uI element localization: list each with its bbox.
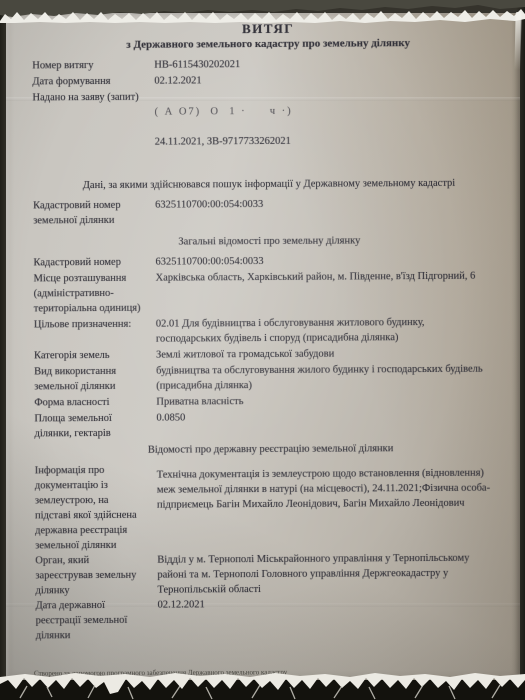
field-label: Інформація про документацію із землеустр… xyxy=(35,463,158,554)
field-value: Відділ у м. Тернополі Міськрайонного упр… xyxy=(157,551,507,598)
field-label: Надано на заяву (запит) xyxy=(32,90,154,166)
field-label: Дата державної реєстрації земельної діля… xyxy=(36,598,158,644)
field-label: Площа земельної ділянки, гектарів xyxy=(34,411,156,442)
field-row-purpose: Цільове призначення: 02.01 Для будівницт… xyxy=(34,315,506,348)
torn-paper-edge-right xyxy=(514,12,521,70)
field-label: Орган, який зареєстрував земельну ділянк… xyxy=(35,553,157,599)
field-value: Технічна документація із землеустрою щод… xyxy=(157,461,508,553)
field-value: будівництва та обслуговування жилого буд… xyxy=(156,362,506,394)
field-label: Форма власності xyxy=(34,395,156,411)
field-value: НВ-6115430202021 xyxy=(154,56,504,73)
field-row-documentation-info: Інформація про документацію із землеустр… xyxy=(35,461,508,554)
section-header-search-data: Дані, за якими здійснювався пошук інформ… xyxy=(33,176,505,194)
field-value: 6325110700:00:054:0033 xyxy=(155,196,505,228)
torn-paper-edge-top xyxy=(0,0,525,26)
field-value: Приватна власність xyxy=(156,393,506,410)
field-row-request: Надано на заяву (запит) ( А О7) О 1 · ч … xyxy=(32,88,504,166)
field-label: Місце розташування (адміністративно- тер… xyxy=(34,271,156,317)
field-label: Цільове призначення: xyxy=(34,317,156,348)
field-row-registration-date: Дата державної реєстрації земельної діля… xyxy=(36,596,508,644)
document-photo: ВИТЯГ з Державного земельного кадастру п… xyxy=(0,0,525,700)
field-value: ( А О7) О 1 · ч ·) 24.11.2021, ЗВ-971773… xyxy=(154,88,504,165)
field-value: 02.12.2021 xyxy=(158,596,508,643)
field-row-land-category: Категорія земель Землі житлової та грома… xyxy=(34,346,506,364)
header-fields: Номер витягу НВ-6115430202021 Дата форму… xyxy=(32,56,505,166)
torn-paper-edge-bottom xyxy=(0,664,525,700)
field-row-registering-authority: Орган, який зареєстрував земельну ділянк… xyxy=(35,551,507,599)
field-value-line: 24.11.2021, ЗВ-9717733262021 xyxy=(155,133,505,150)
document-page: ВИТЯГ з Державного земельного кадастру п… xyxy=(6,13,520,684)
field-row-ownership-form: Форма власності Приватна власність xyxy=(34,393,506,411)
field-label: Дата формування xyxy=(32,74,154,90)
handwritten-request-marks: ( А О7) О 1 · ч ·) xyxy=(155,103,505,120)
field-row-cadastral-number: Кадастровий номер 6325110700:00:054:0033 xyxy=(33,253,505,271)
page-content: ВИТЯГ з Державного земельного кадастру п… xyxy=(4,11,522,685)
field-label: Кадастровий номер земельної ділянки xyxy=(33,198,155,229)
field-label: Кадастровий номер xyxy=(33,255,155,271)
document-subtitle: з Державного земельного кадастру про зем… xyxy=(32,36,504,54)
field-value: Землі житлової та громадської забудови xyxy=(156,346,506,363)
section-header-registration: Відомості про державну реєстрацію земель… xyxy=(35,441,507,459)
section-general-info: Кадастровий номер 6325110700:00:054:0033… xyxy=(33,253,506,442)
field-row-area: Площа земельної ділянки, гектарів 0.0850 xyxy=(34,409,506,442)
field-row-formation-date: Дата формування 02.12.2021 xyxy=(32,72,504,90)
field-row-use-type: Вид використання земельної ділянки будів… xyxy=(34,362,506,395)
field-value: 02.12.2021 xyxy=(154,72,504,89)
field-label: Номер витягу xyxy=(32,58,154,74)
field-label: Вид використання земельної ділянки xyxy=(34,364,156,395)
field-value: 02.01 Для будівництва і обслуговування ж… xyxy=(156,315,506,347)
section-registration: Інформація про документацію із землеустр… xyxy=(35,461,508,644)
field-row-cadastral-number-search: Кадастровий номер земельної ділянки 6325… xyxy=(33,196,505,229)
field-row-location: Місце розташування (адміністративно- тер… xyxy=(34,269,506,317)
section-header-general-info: Загальні відомості про земельну ділянку xyxy=(33,233,505,251)
field-label: Категорія земель xyxy=(34,348,156,364)
field-value: 0.0850 xyxy=(156,409,506,441)
field-value: Харківська область, Харківський район, м… xyxy=(156,269,506,316)
section-search-data: Кадастровий номер земельної ділянки 6325… xyxy=(33,196,505,229)
field-row-extract-number: Номер витягу НВ-6115430202021 xyxy=(32,56,504,74)
field-value: 6325110700:00:054:0033 xyxy=(155,253,505,270)
